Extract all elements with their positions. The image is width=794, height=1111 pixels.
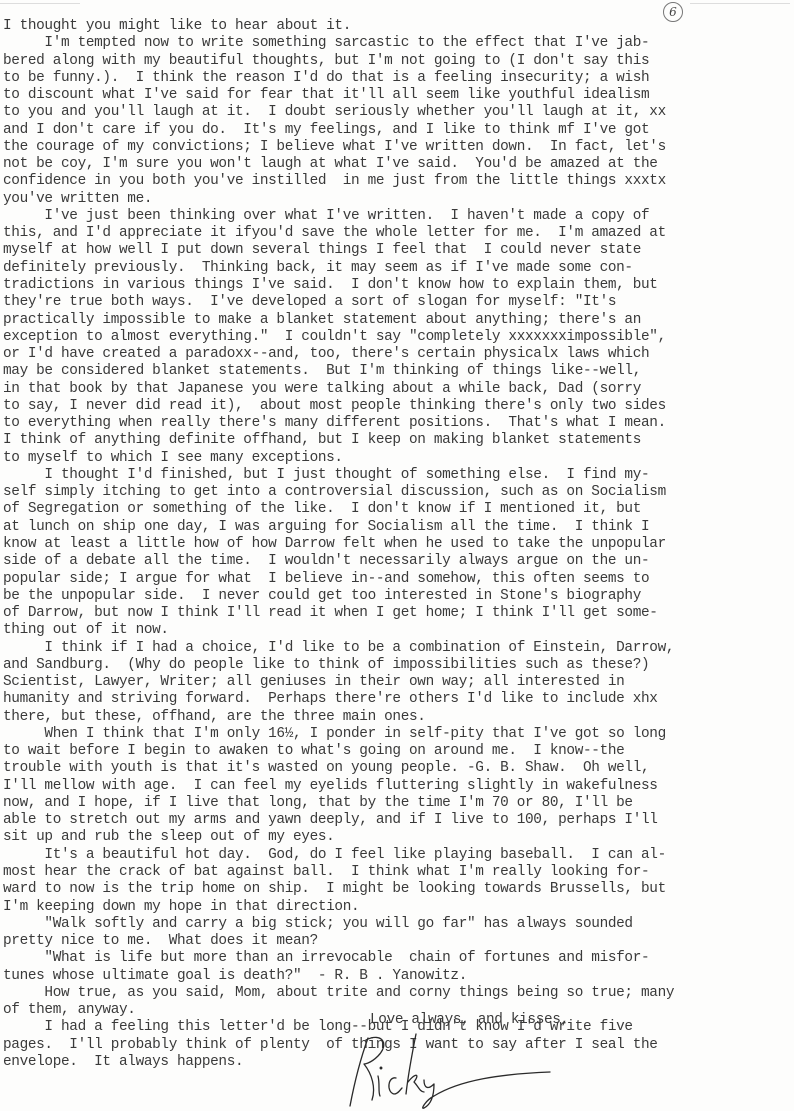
letter-line: definitely previously. Thinking back, it… xyxy=(3,260,793,277)
letter-line: popular side; I argue for what I believe… xyxy=(3,571,793,588)
letter-line: at lunch on ship one day, I was arguing … xyxy=(3,519,793,536)
letter-line: in that book by that Japanese you were t… xyxy=(3,381,793,398)
letter-line: I'm tempted now to write something sarca… xyxy=(3,35,793,52)
letter-line: I think if I had a choice, I'd like to b… xyxy=(3,640,793,657)
letter-line: or I'd have created a paradoxx--and, too… xyxy=(3,346,793,363)
letter-line: most hear the crack of bat against ball.… xyxy=(3,864,793,881)
letter-line: know at least a little how of how Darrow… xyxy=(3,536,793,553)
letter-line: It's a beautiful hot day. God, do I feel… xyxy=(3,847,793,864)
letter-line: to discount what I've said for fear that… xyxy=(3,87,793,104)
letter-line: "Walk softly and carry a big stick; you … xyxy=(3,916,793,933)
letter-line: "What is life but more than an irrevocab… xyxy=(3,950,793,967)
letter-line: to be funny.). I think the reason I'd do… xyxy=(3,70,793,87)
letter-line: bered along with my beautiful thoughts, … xyxy=(3,53,793,70)
letter-line: able to stretch out my arms and yawn dee… xyxy=(3,812,793,829)
letter-line: I thought you might like to hear about i… xyxy=(3,18,793,35)
letter-line: thing out of it now. xyxy=(3,622,793,639)
letter-line: pretty nice to me. What does it mean? xyxy=(3,933,793,950)
closing-line: Love always, and kisses, xyxy=(370,1012,569,1028)
letter-line: side of a debate all the time. I wouldn'… xyxy=(3,553,793,570)
letter-line: and Sandburg. (Why do people like to thi… xyxy=(3,657,793,674)
letter-line: practically impossible to make a blanket… xyxy=(3,312,793,329)
letter-line: I think of anything definite offhand, bu… xyxy=(3,432,793,449)
letter-line: you've written me. xyxy=(3,191,793,208)
letter-line: I'll mellow with age. I can feel my eyel… xyxy=(3,778,793,795)
letter-line: to you and you'll laugh at it. I doubt s… xyxy=(3,104,793,121)
letter-line: How true, as you said, Mom, about trite … xyxy=(3,985,793,1002)
letter-line: the courage of my convictions; I believe… xyxy=(3,139,793,156)
letter-line: confidence in you both you've instilled … xyxy=(3,173,793,190)
scan-edge-mark xyxy=(690,3,790,4)
signature-name: Ricky xyxy=(320,1030,323,1031)
letter-line: trouble with youth is that it's wasted o… xyxy=(3,760,793,777)
letter-line: I thought I'd finished, but I just thoug… xyxy=(3,467,793,484)
letter-line: and I don't care if you do. It's my feel… xyxy=(3,122,793,139)
letter-line: to say, I never did read it), about most… xyxy=(3,398,793,415)
letter-line: this, and I'd appreciate it ifyou'd save… xyxy=(3,225,793,242)
letter-line: now, and I hope, if I live that long, th… xyxy=(3,795,793,812)
letter-line: not be coy, I'm sure you won't laugh at … xyxy=(3,156,793,173)
signature: Ricky xyxy=(320,1030,560,1110)
letter-line: may be considered blanket statements. Bu… xyxy=(3,363,793,380)
letter-line: there, but these, offhand, are the three… xyxy=(3,709,793,726)
letter-body: I thought you might like to hear about i… xyxy=(3,18,793,1071)
letter-line: sit up and rub the sleep out of my eyes. xyxy=(3,829,793,846)
letter-line: humanity and striving forward. Perhaps t… xyxy=(3,691,793,708)
letter-line: I'm keeping down my hope in that directi… xyxy=(3,899,793,916)
signature-scrawl-icon xyxy=(320,1030,560,1110)
letter-line: When I think that I'm only 16½, I ponder… xyxy=(3,726,793,743)
scan-edge-mark xyxy=(0,3,80,4)
letter-line: ward to now is the trip home on ship. I … xyxy=(3,881,793,898)
letter-line: I've just been thinking over what I've w… xyxy=(3,208,793,225)
letter-line: self simply itching to get into a contro… xyxy=(3,484,793,501)
letter-line: tunes whose ultimate goal is death?" - R… xyxy=(3,968,793,985)
letter-page: 6 I thought you might like to hear about… xyxy=(0,0,794,1111)
letter-line: myself at how well I put down several th… xyxy=(3,242,793,259)
letter-line: of Segregation or something of the like.… xyxy=(3,501,793,518)
letter-line: to everything when really there's many d… xyxy=(3,415,793,432)
letter-line: to wait before I begin to awaken to what… xyxy=(3,743,793,760)
letter-line: they're true both ways. I've developed a… xyxy=(3,294,793,311)
letter-line: to myself to which I see many exceptions… xyxy=(3,450,793,467)
letter-line: Scientist, Lawyer, Writer; all geniuses … xyxy=(3,674,793,691)
letter-line: of Darrow, but now I think I'll read it … xyxy=(3,605,793,622)
letter-line: exception to almost everything." I could… xyxy=(3,329,793,346)
letter-line: be the unpopular side. I never could get… xyxy=(3,588,793,605)
letter-line: tradictions in various things I've said.… xyxy=(3,277,793,294)
